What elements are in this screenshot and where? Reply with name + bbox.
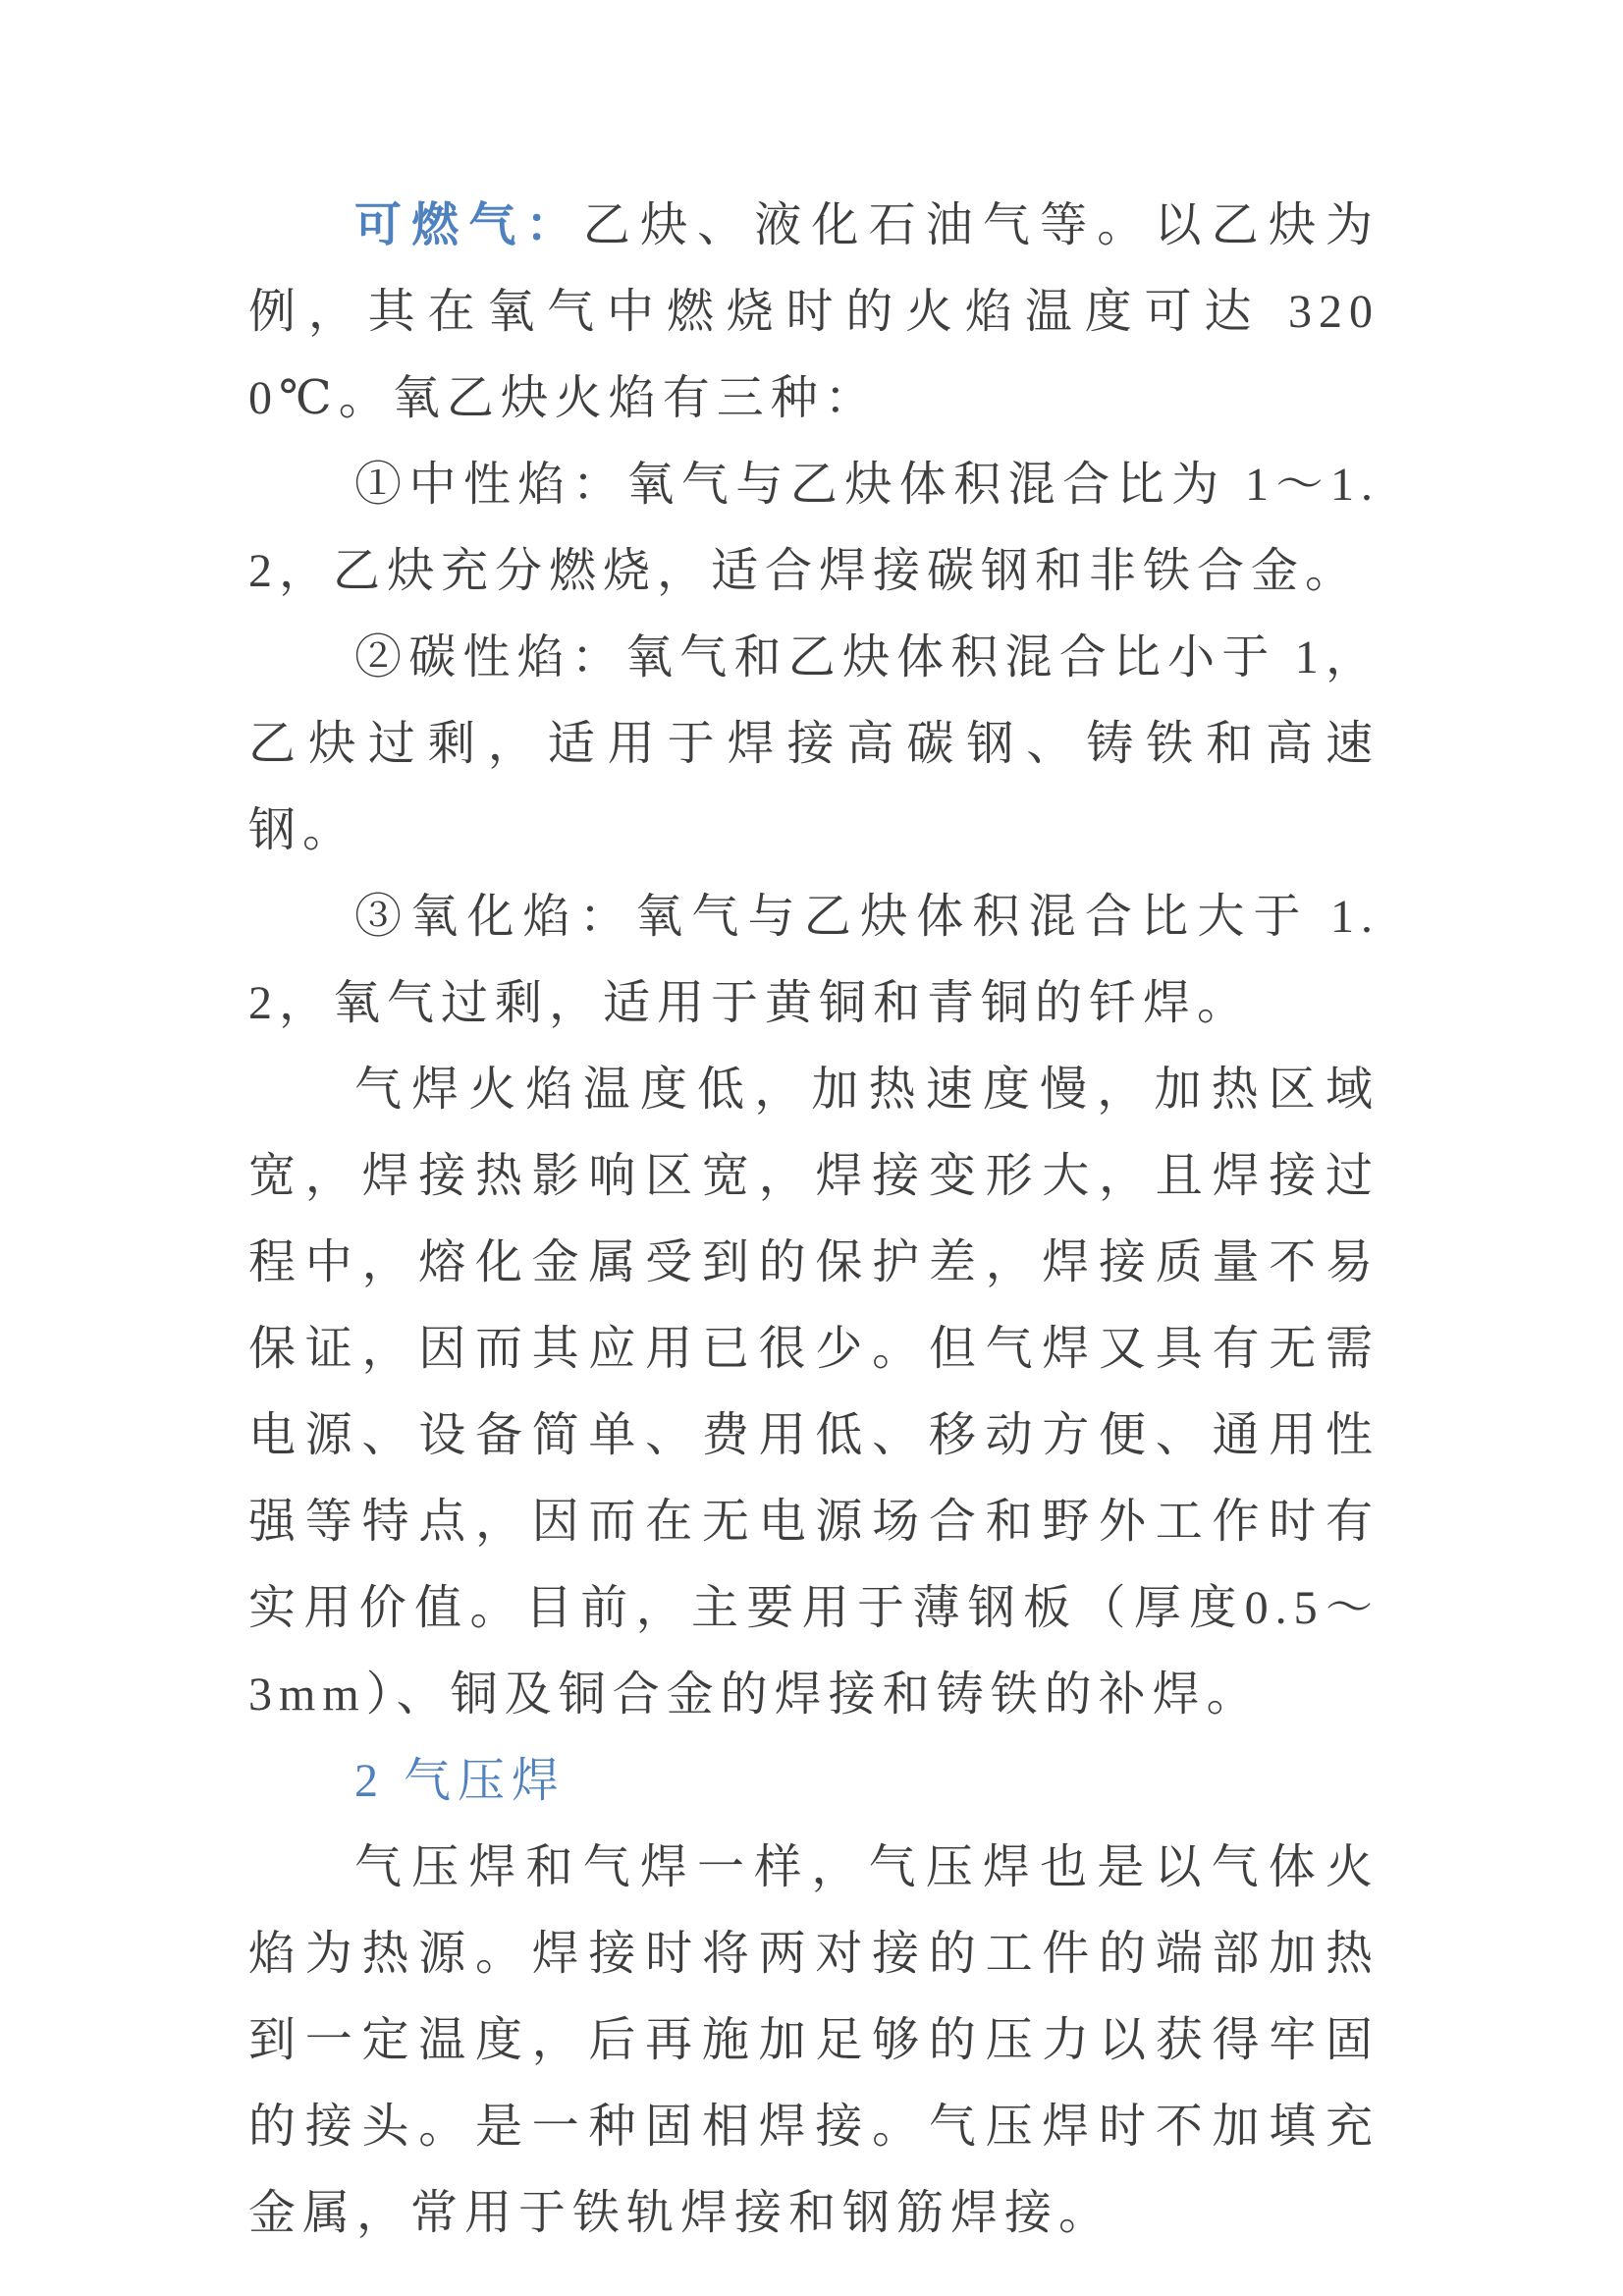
paragraph-lead-combustible-gas: 可燃气： xyxy=(354,199,583,251)
paragraph-combustible-gas: 可燃气：乙炔、液化石油气等。以乙炔为例，其在氧气中燃烧时的火焰温度可达 3200… xyxy=(248,183,1380,442)
paragraph-gas-welding-summary: 气焊火焰温度低，加热速度慢，加热区域宽，焊接热影响区宽，焊接变形大，且焊接过程中… xyxy=(248,1047,1380,1738)
list-item-oxidizing-flame: ③氧化焰：氧气与乙炔体积混合比大于 1.2，氧气过剩，适用于黄铜和青铜的钎焊。 xyxy=(248,874,1380,1047)
document-page: 可燃气：乙炔、液化石油气等。以乙炔为例，其在氧气中燃烧时的火焰温度可达 3200… xyxy=(0,0,1623,2296)
section-heading-gas-pressure-welding: 2 气压焊 xyxy=(248,1738,1380,1825)
list-item-carburizing-flame: ②碳性焰：氧气和乙炔体积混合比小于 1，乙炔过剩，适用于焊接高碳钢、铸铁和高速钢… xyxy=(248,615,1380,874)
paragraph-gas-pressure-welding: 气压焊和气焊一样，气压焊也是以气体火焰为热源。焊接时将两对接的工件的端部加热到一… xyxy=(248,1825,1380,2257)
list-item-neutral-flame: ①中性焰：氧气与乙炔体积混合比为 1～1.2，乙炔充分燃烧，适合焊接碳钢和非铁合… xyxy=(248,442,1380,615)
document-body: 可燃气：乙炔、液化石油气等。以乙炔为例，其在氧气中燃烧时的火焰温度可达 3200… xyxy=(248,183,1380,2257)
